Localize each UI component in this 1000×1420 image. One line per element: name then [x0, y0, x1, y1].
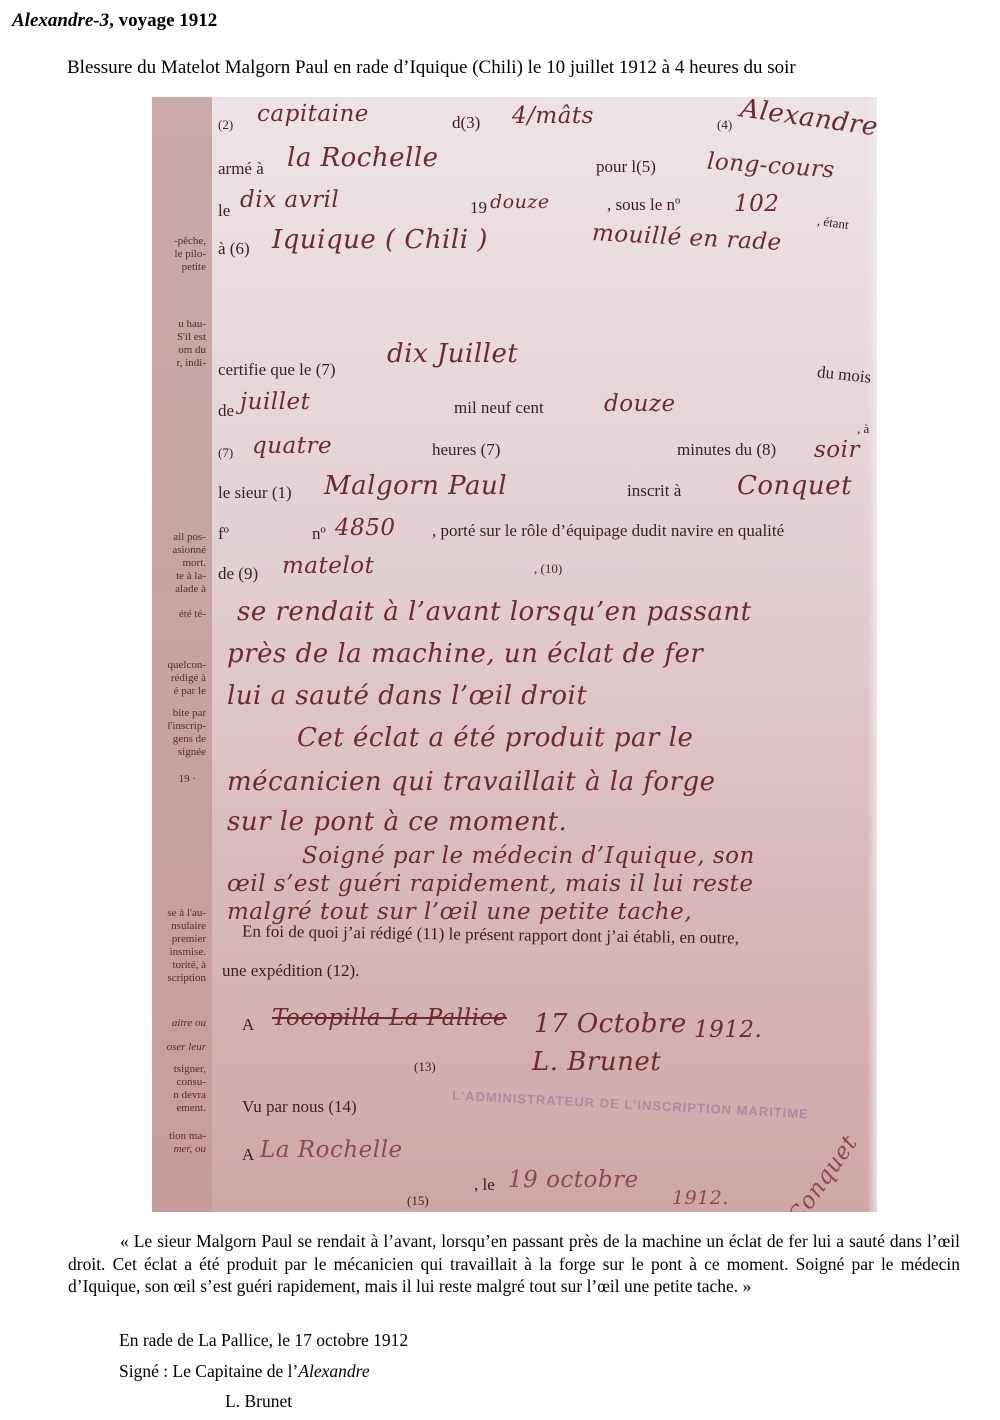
margin-line: é par le [154, 685, 206, 697]
document-title: Alexandre-3, voyage 1912 [12, 10, 217, 32]
margin-page-number: 19 · [152, 773, 196, 785]
ship-name: Alexandre-3 [12, 10, 109, 31]
voyage-label: , voyage 1912 [109, 10, 217, 31]
narrative-line: Cet éclat a été produit par le [297, 723, 693, 753]
handwritten-incident-year: douze [604, 391, 676, 417]
margin-line: torité, à [154, 959, 206, 971]
handwritten-report-date: 17 Octobre [534, 1009, 687, 1039]
handwritten-sailor-name: Malgorn Paul [324, 471, 507, 501]
handwritten-rank-on-board: matelot [282, 553, 374, 579]
handwritten-vessel-type: 4/mâts [512, 103, 594, 129]
handwritten-location: Iquique ( Chili ) [272, 225, 488, 255]
printed-label: heures (7) [432, 440, 500, 460]
printed-label: , à [857, 421, 869, 437]
transcription-signer: L. Brunet [225, 1391, 292, 1412]
margin-line: été té- [154, 608, 206, 620]
handwritten-incident-month: juillet [240, 389, 310, 415]
printed-label: minutes du (8) [677, 440, 776, 460]
printed-label: d(3) [452, 113, 480, 133]
margin-line: ail pos- [154, 531, 206, 543]
signed-prefix: Signé : Le Capitaine de l’ [119, 1361, 298, 1381]
narrative-line: lui a sauté dans l’œil droit [227, 681, 587, 711]
printed-label: inscrit à [627, 481, 681, 501]
handwritten-port: la Rochelle [287, 143, 439, 173]
printed-label: du mois [816, 362, 872, 388]
administrator-stamp: L'ADMINISTRATEUR DE L'INSCRIPTION MARITI… [452, 1088, 809, 1122]
handwritten-voyage-type: long-cours [706, 149, 835, 184]
margin-line: se à l'au- [154, 907, 206, 919]
printed-label: Vu par nous (14) [242, 1097, 357, 1117]
printed-label: à (6) [218, 239, 250, 259]
printed-label: le [218, 201, 230, 221]
margin-line: l'inscrip- [154, 720, 206, 732]
handwritten-visa-year: 1912. [672, 1187, 729, 1209]
footnote-ref: (7) [218, 445, 233, 461]
margin-line: u hau- [154, 318, 206, 330]
faint-printed-header [282, 322, 291, 348]
printed-label: nº [312, 524, 326, 544]
footnote-ref: (15) [407, 1193, 429, 1209]
margin-line: nsulaire [154, 920, 206, 932]
margin-line: petite [154, 261, 206, 273]
transcription-signed: Signé : Le Capitaine de l’Alexandre [119, 1361, 370, 1382]
handwritten-visa-place: La Rochelle [260, 1137, 403, 1163]
margin-line: scription [154, 972, 206, 984]
form-photograph: -pêche, le pilo- petite u hau- S'il est … [152, 97, 877, 1212]
printed-label: 19 [470, 198, 487, 218]
printed-label: une expédition (12). [222, 961, 359, 981]
captain-signature: L. Brunet [532, 1047, 661, 1077]
margin-line: oser leur [154, 1041, 206, 1053]
footnote-ref: (13) [414, 1059, 436, 1075]
signed-ship-name: Alexandre [298, 1361, 369, 1381]
printed-label: armé à [218, 159, 264, 179]
margin-line: aitre ou [154, 1017, 206, 1029]
margin-line: mer, ou [154, 1143, 206, 1155]
printed-label: A [242, 1145, 254, 1165]
footnote-ref: , (10) [534, 561, 562, 577]
printed-label: fº [218, 524, 229, 544]
footnote-ref: (4) [717, 117, 732, 133]
handwritten-time-of-day: soir [814, 437, 860, 463]
footnote-ref: (2) [218, 117, 233, 133]
narrative-line: mécanicien qui travaillait à la forge [227, 767, 716, 797]
margin-line: rédigé à [154, 672, 206, 684]
margin-line: tsigner, [154, 1063, 206, 1075]
margin-line: ement. [154, 1102, 206, 1114]
handwritten-departure-year: douze [490, 191, 550, 213]
handwritten-ship-name: Alexandre [739, 97, 877, 142]
margin-line: premier [154, 933, 206, 945]
handwritten-visa-date: 19 octobre [508, 1167, 639, 1193]
margin-line: signée [154, 746, 206, 758]
narrative-line: se rendait à l’avant lorsqu’en passant [237, 597, 752, 627]
handwritten-sailor-no: 4850 [335, 515, 396, 541]
page-edge [867, 97, 877, 1212]
printed-label: En foi de quoi j’ai rédigé (11) le prése… [242, 922, 739, 949]
printed-label: , sous le nº [607, 195, 680, 215]
margin-line: mort. [154, 557, 206, 569]
handwritten-report-place: Tocopilla La Pallice [272, 1005, 507, 1031]
handwritten-anchored: mouillé en rade [591, 220, 782, 256]
narrative-line: Soigné par le médecin d’Iquique, son [302, 843, 755, 869]
narrative-line: près de la machine, un éclat de fer [227, 639, 703, 669]
printed-label: , le [474, 1175, 495, 1195]
margin-line: -pêche, [154, 235, 206, 247]
printed-label: , étant [816, 213, 850, 233]
margin-line: S'il est [154, 331, 206, 343]
margin-line: bite par [154, 707, 206, 719]
margin-line: tion ma- [154, 1130, 206, 1142]
margin-line: r, indi- [154, 357, 206, 369]
printed-label: mil neuf cent [454, 398, 544, 418]
printed-label: de (9) [218, 564, 258, 584]
margin-line: n devra [154, 1089, 206, 1101]
margin-line: le pilo- [154, 248, 206, 260]
margin-line: te à la- [154, 570, 206, 582]
margin-line: quelcon- [154, 659, 206, 671]
handwritten-report-year: 1912. [694, 1017, 762, 1043]
printed-label: certifie que le (7) [218, 360, 336, 380]
transcription-quote: « Le sieur Malgorn Paul se rendait à l’a… [68, 1230, 960, 1298]
handwritten-departure-date: dix avril [240, 187, 339, 213]
printed-label: pour l(5) [596, 157, 656, 177]
handwritten-rank: capitaine [257, 101, 369, 127]
margin-line: consu- [154, 1076, 206, 1088]
narrative-line: œil s’est guéri rapidement, mais il lui … [227, 871, 754, 897]
handwritten-incident-day: dix Juillet [387, 339, 518, 369]
printed-label: le sieur (1) [218, 483, 292, 503]
handwritten-incident-hour: quatre [252, 433, 332, 459]
margin-line: insmise. [154, 946, 206, 958]
document-subtitle: Blessure du Matelot Malgorn Paul en rade… [67, 57, 796, 79]
printed-label: , porté sur le rôle d’équipage dudit nav… [432, 521, 784, 541]
margin-line: alade à [154, 583, 206, 595]
margin-line: asionné [154, 544, 206, 556]
narrative-line: sur le pont à ce moment. [227, 807, 567, 837]
margin-line: gens de [154, 733, 206, 745]
handwritten-registered-at: Conquet [737, 471, 852, 501]
margin-line: om du [154, 344, 206, 356]
administrator-signature: Conquet [783, 1131, 863, 1212]
narrative-line: malgré tout sur l’œil une petite tache, [227, 899, 692, 925]
printed-label: de [218, 401, 234, 421]
printed-label: A [242, 1015, 254, 1035]
handwritten-registration-no: 102 [734, 191, 779, 217]
transcription-place-date: En rade de La Pallice, le 17 octobre 191… [119, 1330, 408, 1351]
